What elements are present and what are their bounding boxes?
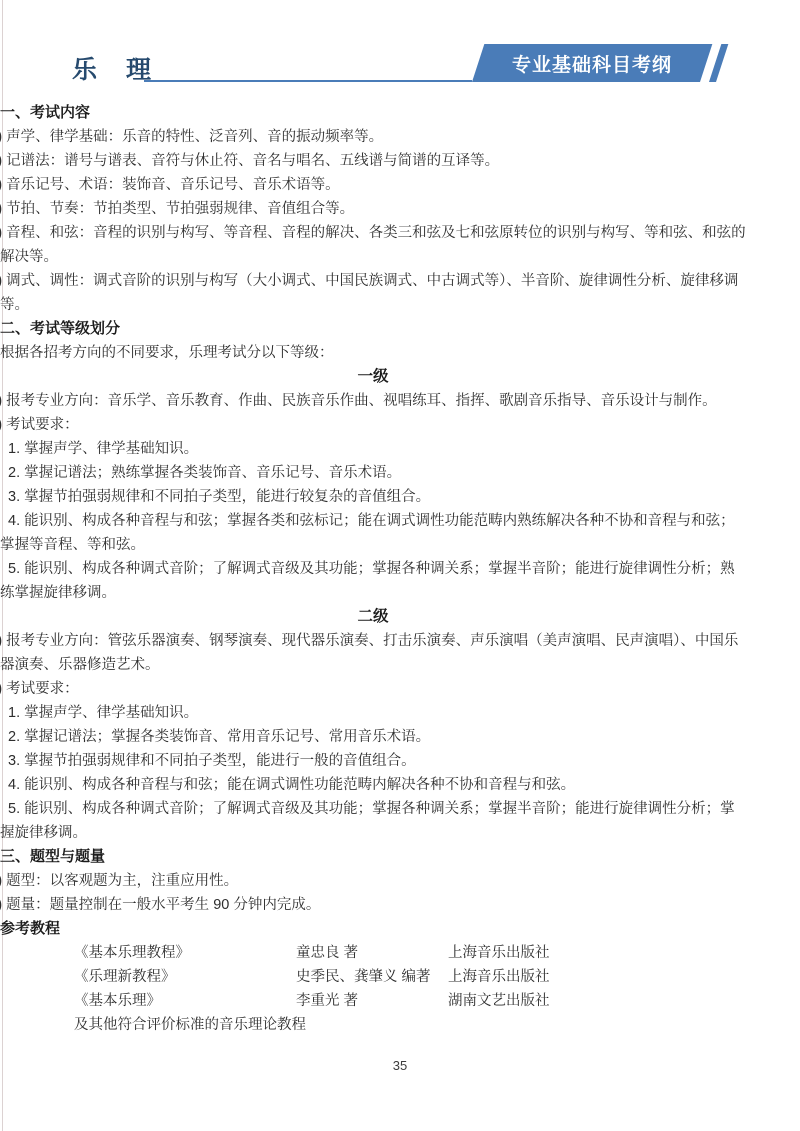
header-banner-label: 专业基础科目考纲 [512, 50, 672, 77]
section1-item-6: (六) 调式、调性：调式音阶的识别与构写（大小调式、中国民族调式、中古调式等）、… [0, 269, 746, 317]
reference-book-row: 《基本乐理教程》 童忠良 著 上海音乐出版社 [0, 941, 746, 965]
book-author: 史季民、龚肇义 编著 [296, 965, 448, 989]
level1-direction: (一) 报考专业方向：音乐学、音乐教育、作曲、民族音乐作曲、视唱练耳、指挥、歌剧… [0, 389, 746, 413]
book-title: 《基本乐理教程》 [74, 941, 296, 965]
reference-book-row: 《基本乐理》 李重光 著 湖南文艺出版社 [0, 989, 746, 1013]
section1-heading: 一、考试内容 [0, 101, 746, 125]
section1-item-3: (三) 音乐记号、术语：装饰音、音乐记号、音乐术语等。 [0, 173, 746, 197]
level1-requirement-2: 2. 掌握记谱法；熟练掌握各类装饰音、音乐记号、音乐术语。 [0, 461, 746, 485]
section1-item-1: (一) 声学、律学基础：乐音的特性、泛音列、音的振动频率等。 [0, 125, 746, 149]
book-title: 《乐理新教程》 [74, 965, 296, 989]
book-author: 童忠良 著 [296, 941, 448, 965]
book-author: 李重光 著 [296, 989, 448, 1013]
document-page: 乐 理 专业基础科目考纲 一、考试内容 (一) 声学、律学基础：乐音的特性、泛音… [0, 0, 800, 1131]
level1-requirement-4: 4. 能识别、构成各种音程与和弦；掌握各类和弦标记；能在调式调性功能范畴内熟练解… [0, 509, 746, 557]
level1-requirement-5: 5. 能识别、构成各种调式音阶；了解调式音级及其功能；掌握各种调关系；掌握半音阶… [0, 557, 746, 605]
references-heading: 参考教程 [0, 917, 746, 941]
level2-requirements-label: (二) 考试要求： [0, 677, 746, 701]
references-footnote: 及其他符合评价标准的音乐理论教程 [0, 1013, 746, 1037]
book-publisher: 上海音乐出版社 [448, 941, 746, 965]
level2-requirement-3: 3. 掌握节拍强弱规律和不同拍子类型，能进行一般的音值组合。 [0, 749, 746, 773]
page-number: 35 [0, 1058, 800, 1073]
section1-item-5: (五) 音程、和弦：音程的识别与构写、等音程、音程的解决、各类三和弦及七和弦原转… [0, 221, 746, 269]
level1-requirement-3: 3. 掌握节拍强弱规律和不同拍子类型，能进行较复杂的音值组合。 [0, 485, 746, 509]
section1-item-2: (二) 记谱法：谱号与谱表、音符与休止符、音名与唱名、五线谱与简谱的互译等。 [0, 149, 746, 173]
level2-direction: (一) 报考专业方向：管弦乐器演奏、钢琴演奏、现代器乐演奏、打击乐演奏、声乐演唱… [0, 629, 746, 677]
level1-requirement-1: 1. 掌握声学、律学基础知识。 [0, 437, 746, 461]
banner-accent-stripe [709, 44, 728, 82]
book-title: 《基本乐理》 [74, 989, 296, 1013]
book-publisher: 湖南文艺出版社 [448, 989, 746, 1013]
level2-requirement-5: 5. 能识别、构成各种调式音阶；了解调式音级及其功能；掌握各种调关系；掌握半音阶… [0, 797, 746, 845]
level2-requirement-4: 4. 能识别、构成各种音程与和弦；能在调式调性功能范畴内解决各种不协和音程与和弦… [0, 773, 746, 797]
section2-heading: 二、考试等级划分 [0, 317, 746, 341]
section3-item-1: (一) 题型：以客观题为主，注重应用性。 [0, 869, 746, 893]
title-underline [144, 80, 472, 82]
document-body: 一、考试内容 (一) 声学、律学基础：乐音的特性、泛音列、音的振动频率等。 (二… [0, 101, 746, 1037]
level2-requirement-1: 1. 掌握声学、律学基础知识。 [0, 701, 746, 725]
section3-heading: 三、题型与题量 [0, 845, 746, 869]
book-publisher: 上海音乐出版社 [448, 965, 746, 989]
level1-title: 一级 [0, 365, 746, 389]
level2-title: 二级 [0, 605, 746, 629]
reference-book-row: 《乐理新教程》 史季民、龚肇义 编著 上海音乐出版社 [0, 965, 746, 989]
section1-item-4: (四) 节拍、节奏：节拍类型、节拍强弱规律、音值组合等。 [0, 197, 746, 221]
header-banner: 专业基础科目考纲 [472, 44, 712, 82]
section3-item-2: (二) 题量：题量控制在一般水平考生 90 分钟内完成。 [0, 893, 746, 917]
page-title: 乐 理 [72, 50, 153, 86]
section2-intro: 根据各招考方向的不同要求，乐理考试分以下等级： [0, 341, 746, 365]
level1-requirements-label: (二) 考试要求： [0, 413, 746, 437]
level2-requirement-2: 2. 掌握记谱法；掌握各类装饰音、常用音乐记号、常用音乐术语。 [0, 725, 746, 749]
